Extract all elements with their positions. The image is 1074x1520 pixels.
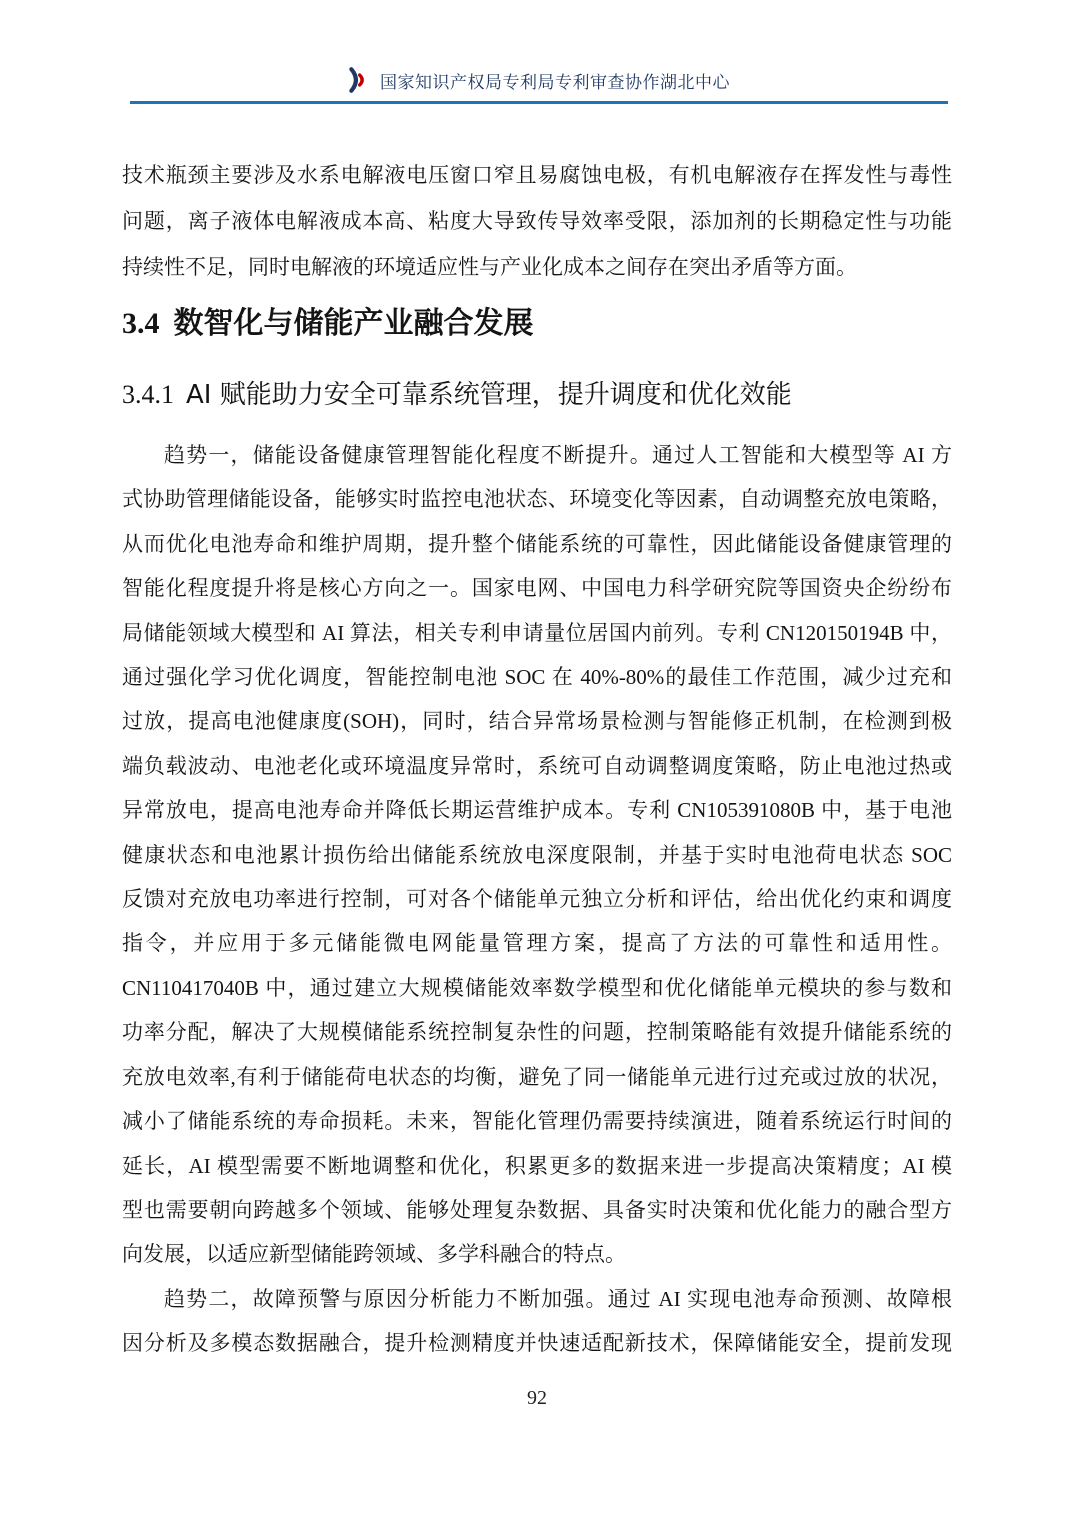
header-title: 国家知识产权局专利局专利审查协作湖北中心 <box>380 68 730 93</box>
text-line: 趋势二，故障预警与原因分析能力不断加强。通过 AI 实现电池寿命预测、故障根 <box>122 1277 952 1321</box>
text-line: 式协助管理储能设备，能够实时监控电池状态、环境变化等因素，自动调整充放电策略， <box>122 477 952 521</box>
text-line: 端负载波动、电池老化或环境温度异常时，系统可自动调整调度策略，防止电池过热或 <box>122 744 952 788</box>
text-line: 向发展，以适应新型储能跨领域、多学科融合的特点。 <box>122 1232 952 1276</box>
text-line: 健康状态和电池累计损伤给出储能系统放电深度限制，并基于实时电池荷电状态 SOC <box>122 833 952 877</box>
page-number: 92 <box>527 1387 547 1409</box>
text-line: 延长，AI 模型需要不断地调整和优化，积累更多的数据来进一步提高决策精度；AI … <box>122 1144 952 1188</box>
subsection-heading: 3.4.1AI 赋能助力安全可靠系统管理，提升调度和优化效能 <box>122 376 952 414</box>
section-title: 数智化与储能产业融合发展 <box>174 306 534 341</box>
text-line: CN110417040B 中，通过建立大规模储能效率数学模型和优化储能单元模块的… <box>122 966 952 1010</box>
cnipa-logo-icon <box>348 66 368 94</box>
header-row: 国家知识产权局专利局专利审查协作湖北中心 <box>130 0 948 101</box>
text-line: 因分析及多模态数据融合，提升检测精度并快速适配新技术，保障储能安全，提前发现 <box>122 1321 952 1365</box>
subsection-number: 3.4.1 <box>122 380 174 409</box>
text-line: 型也需要朝向跨越多个领域、能够处理复杂数据、具备实时决策和优化能力的融合型方 <box>122 1188 952 1232</box>
text-line: 技术瓶颈主要涉及水系电解液电压窗口窄且易腐蚀电极，有机电解液存在挥发性与毒性 <box>122 152 952 198</box>
subsection-title: AI 赋能助力安全可靠系统管理，提升调度和优化效能 <box>186 380 792 410</box>
text-line: 通过强化学习优化调度，智能控制电池 SOC 在 40%-80%的最佳工作范围，减… <box>122 655 952 699</box>
section-number: 3.4 <box>122 307 160 340</box>
text-line: 反馈对充放电功率进行控制，可对各个储能单元独立分析和评估，给出优化约束和调度 <box>122 877 952 921</box>
text-line: 趋势一，储能设备健康管理智能化程度不断提升。通过人工智能和大模型等 AI 方 <box>122 433 952 477</box>
document-page: 国家知识产权局专利局专利审查协作湖北中心 技术瓶颈主要涉及水系电解液电压窗口窄且… <box>0 0 1074 1520</box>
text-line: 功率分配，解决了大规模储能系统控制复杂性的问题，控制策略能有效提升储能系统的 <box>122 1010 952 1054</box>
text-line: 持续性不足，同时电解液的环境适应性与产业化成本之间存在突出矛盾等方面。 <box>122 244 952 290</box>
page-header: 国家知识产权局专利局专利审查协作湖北中心 <box>130 0 948 104</box>
text-line: 局储能领域大模型和 AI 算法，相关专利申请量位居国内前列。专利 CN12015… <box>122 611 952 655</box>
text-line: 智能化程度提升将是核心方向之一。国家电网、中国电力科学研究院等国资央企纷纷布 <box>122 566 952 610</box>
paragraph-intro: 技术瓶颈主要涉及水系电解液电压窗口窄且易腐蚀电极，有机电解液存在挥发性与毒性问题… <box>122 152 952 290</box>
text-line: 从而优化电池寿命和维护周期，提升整个储能系统的可靠性，因此储能设备健康管理的 <box>122 522 952 566</box>
text-line: 异常放电，提高电池寿命并降低长期运营维护成本。专利 CN105391080B 中… <box>122 788 952 832</box>
text-line: 问题，离子液体电解液成本高、粘度大导致传导效率受限，添加剂的长期稳定性与功能 <box>122 198 952 244</box>
paragraph-trend2: 趋势二，故障预警与原因分析能力不断加强。通过 AI 实现电池寿命预测、故障根因分… <box>122 1277 952 1366</box>
header-divider <box>130 101 948 104</box>
text-line: 减小了储能系统的寿命损耗。未来，智能化管理仍需要持续演进，随着系统运行时间的 <box>122 1099 952 1143</box>
page-footer: 92 <box>0 1384 1074 1412</box>
text-line: 充放电效率,有利于储能荷电状态的均衡，避免了同一储能单元进行过充或过放的状况， <box>122 1055 952 1099</box>
text-line: 过放，提高电池健康度(SOH)，同时，结合异常场景检测与智能修正机制，在检测到极 <box>122 699 952 743</box>
paragraph-trend1: 趋势一，储能设备健康管理智能化程度不断提升。通过人工智能和大模型等 AI 方式协… <box>122 433 952 1277</box>
text-line: 指令，并应用于多元储能微电网能量管理方案，提高了方法的可靠性和适用性。 <box>122 921 952 965</box>
body-text: 趋势一，储能设备健康管理智能化程度不断提升。通过人工智能和大模型等 AI 方式协… <box>122 433 952 1366</box>
section-heading: 3.4数智化与储能产业融合发展 <box>122 303 952 345</box>
